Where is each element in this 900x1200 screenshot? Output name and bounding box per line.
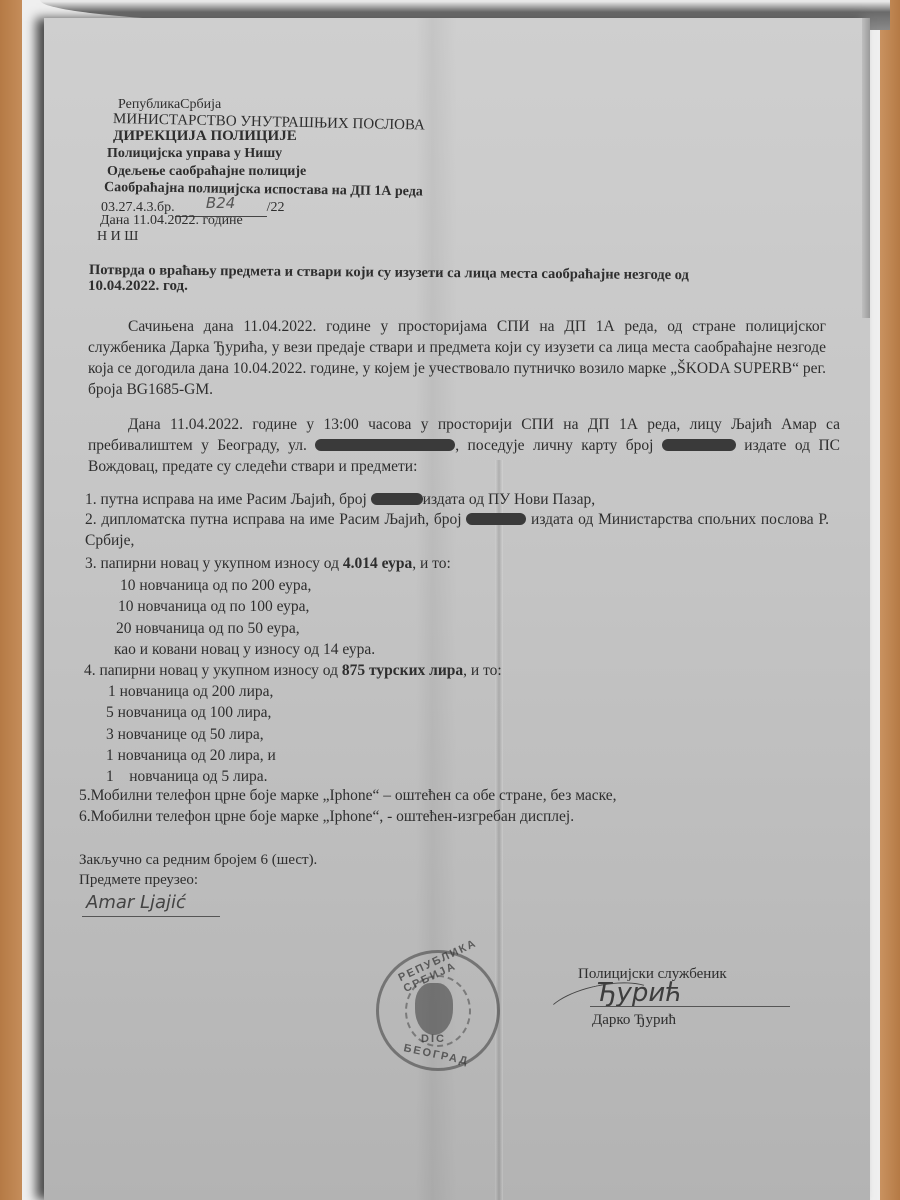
item-1-issuer: издата од ПУ Нови Пазар, — [423, 491, 595, 508]
officer-signature-line — [590, 1006, 790, 1007]
item-2: 2. дипломатска путна исправа на име Раси… — [85, 509, 829, 551]
euro-note-3: 20 новчаница од по 50 еура, — [116, 620, 300, 638]
paragraph-2-part-b: , поседује личну карту број — [455, 437, 653, 454]
item-5: 5.Мобилни телефон црне боје марке „Iphon… — [79, 787, 617, 805]
stamp-text-mid: DIC — [421, 1033, 446, 1045]
document-title-date: 10.04.2022. год. — [88, 278, 188, 295]
item-1-text: 1. путна исправа на име Расим Љајић, бро… — [85, 491, 367, 508]
lira-note-5: 1 новчаница од 5 лира. — [106, 768, 268, 786]
item-6: 6.Мобилни телефон црне боје марке „Iphon… — [79, 808, 574, 826]
official-stamp: РЕПУБЛИКА СРБИЈА DIC БЕОГРАД — [376, 950, 500, 1071]
received-by-label: Предмете преузео: — [79, 872, 198, 889]
item-2-text: 2. дипломатска путна исправа на име Раси… — [85, 511, 462, 528]
coat-of-arms-icon — [415, 983, 453, 1035]
lira-note-2: 5 новчаница од 100 лира, — [106, 704, 271, 722]
conclusion: Закључно са редним бројем 6 (шест). — [79, 852, 317, 869]
item-3-suffix: , и то: — [412, 555, 451, 572]
item-3-text: 3. папирни новац у укупном износу од — [85, 555, 343, 572]
header-police-admin: Полицијска управа у Нишу — [107, 146, 282, 162]
header-department: Одељење саобраћајне полиције — [107, 164, 306, 180]
header-directorate: ДИРЕКЦИЈА ПОЛИЦИЈЕ — [113, 128, 297, 145]
item-2-issuer: издата од Министарства — [531, 511, 693, 528]
euro-coins: као и ковани новац у износу од 14 еура. — [114, 641, 375, 659]
item-4-text: 4. папирни новац у укупном износу од — [84, 662, 342, 679]
recipient-signature: Amar Ljajić — [86, 892, 186, 913]
officer-name: Дарко Ђурић — [592, 1012, 676, 1029]
reference-number: В24 — [206, 194, 235, 212]
lira-note-1: 1 новчаница од 200 лира, — [108, 683, 273, 701]
item-4-amount: 875 турских лира — [342, 662, 463, 679]
item-4: 4. папирни новац у укупном износу од 875… — [84, 662, 502, 680]
item-3-amount: 4.014 еура — [343, 555, 412, 572]
lira-note-4: 1 новчаница од 20 лира, и — [106, 747, 276, 765]
paragraph-2: Дана 11.04.2022. године у 13:00 часова у… — [88, 414, 840, 477]
redacted-diplomatic-passport-number — [466, 513, 526, 525]
redacted-street — [315, 439, 455, 451]
redacted-passport-number — [371, 493, 423, 505]
reference-suffix: /22 — [267, 200, 285, 215]
euro-note-2: 10 новчаница од по 100 еура, — [118, 598, 309, 616]
document-city: Н И Ш — [97, 229, 138, 245]
paper-fold — [495, 460, 503, 1200]
table-surface-right — [880, 0, 900, 1200]
redacted-id-number — [662, 439, 736, 451]
paragraph-1: Сачињена дана 11.04.2022. године у прост… — [88, 316, 826, 400]
lira-note-3: 3 новчанице од 50 лира, — [106, 726, 264, 744]
document-date: Дана 11.04.2022. године — [100, 213, 243, 229]
item-4-suffix: , и то: — [463, 662, 502, 679]
item-1: 1. путна исправа на име Расим Љајић, бро… — [85, 491, 595, 509]
item-3: 3. папирни новац у укупном износу од 4.0… — [85, 555, 451, 573]
paper-edge — [862, 18, 870, 318]
euro-note-1: 10 новчаница од по 200 еура, — [120, 577, 311, 595]
recipient-signature-line — [82, 916, 220, 917]
